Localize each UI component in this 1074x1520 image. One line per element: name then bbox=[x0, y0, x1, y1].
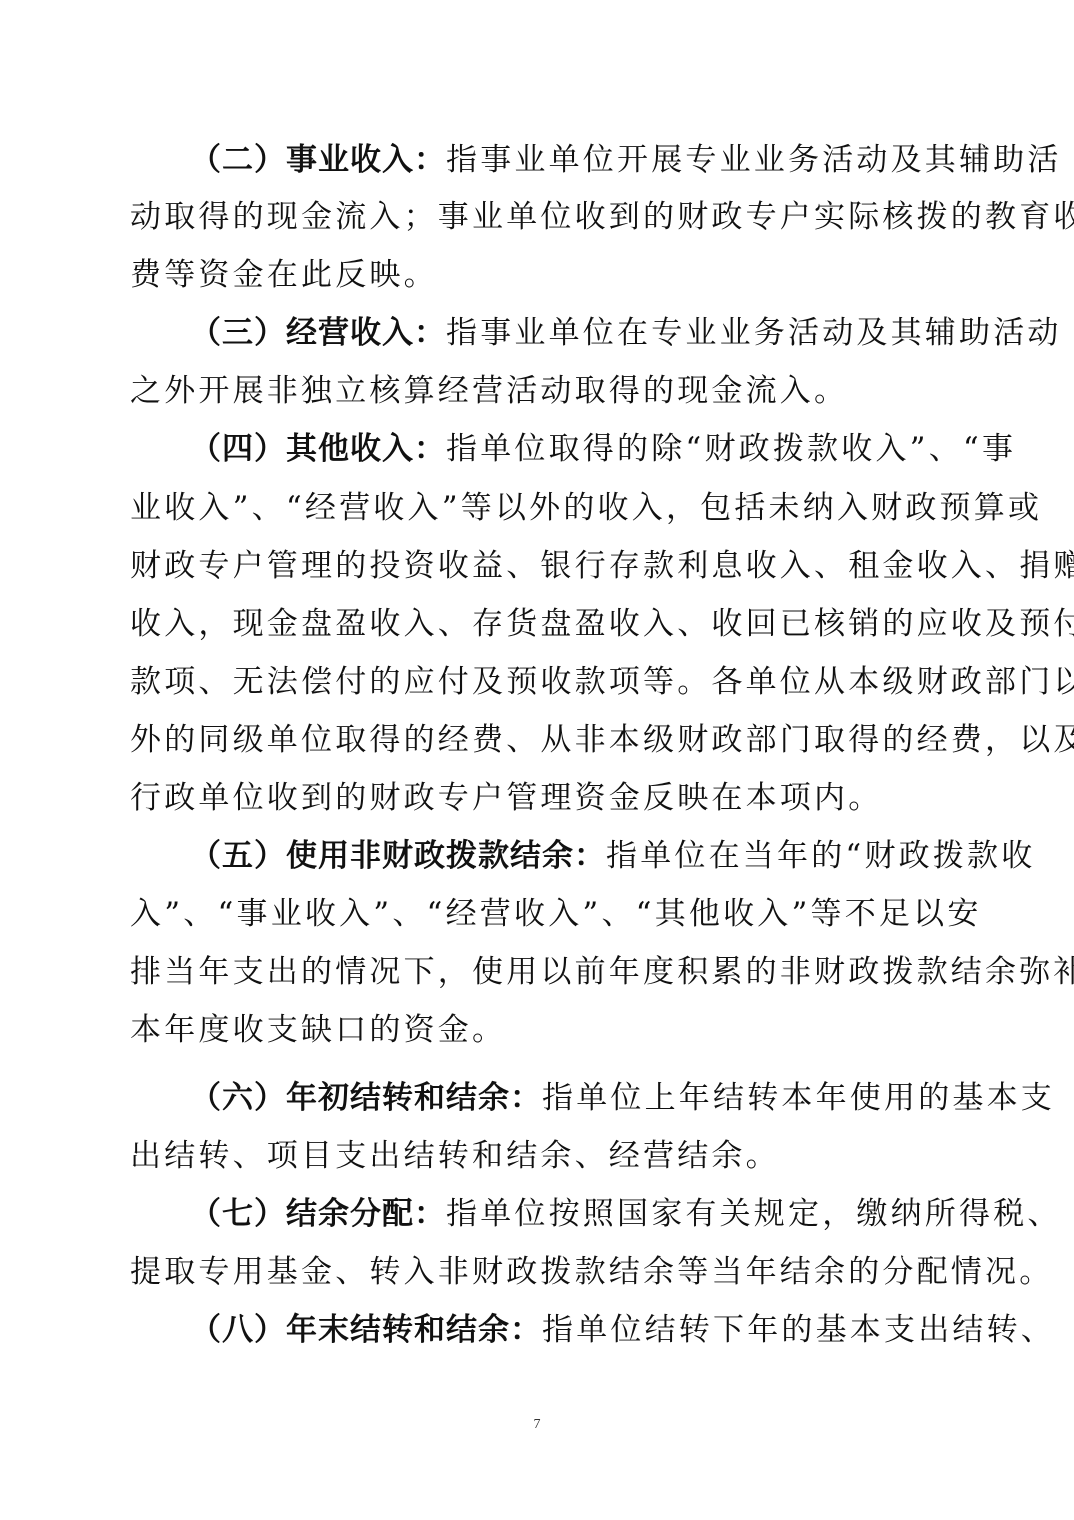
paragraph-2-line-1: （二）事业收入：指事业单位开展专业业务活动及其辅助活 bbox=[190, 140, 930, 180]
paragraph-2-line-2: 动取得的现金流入；事业单位收到的财政专户实际核拨的教育收 bbox=[130, 197, 930, 237]
paragraph-4-line-5: 款项、无法偿付的应付及预收款项等。各单位从本级财政部门以 bbox=[130, 662, 930, 702]
paragraph-4-line-3: 财政专户管理的投资收益、银行存款利息收入、租金收入、捐赠 bbox=[130, 546, 930, 586]
paragraph-3-line-1: （三）经营收入：指事业单位在专业业务活动及其辅助活动 bbox=[190, 313, 930, 353]
heading-business-income: （二）事业收入： bbox=[190, 142, 446, 178]
paragraph-6-line-2: 出结转、项目支出结转和结余、经营结余。 bbox=[130, 1136, 930, 1176]
paragraph-4-line-1: （四）其他收入：指单位取得的除“财政拨款收入”、“事 bbox=[190, 429, 930, 469]
paragraph-4-line-7: 行政单位收到的财政专户管理资金反映在本项内。 bbox=[130, 778, 930, 818]
heading-surplus-distribution: （七）结余分配： bbox=[190, 1196, 446, 1232]
paragraph-7-line-2: 提取专用基金、转入非财政拨款结余等当年结余的分配情况。 bbox=[130, 1252, 930, 1292]
paragraph-5-line-1: （五）使用非财政拨款结余：指单位在当年的“财政拨款收 bbox=[190, 836, 930, 876]
paragraph-4-line-2: 业收入”、“经营收入”等以外的收入，包括未纳入财政预算或 bbox=[130, 488, 930, 528]
heading-other-income: （四）其他收入： bbox=[190, 431, 446, 467]
paragraph-5-line-3: 排当年支出的情况下，使用以前年度积累的非财政拨款结余弥补 bbox=[130, 952, 930, 992]
page-number: 7 bbox=[0, 1417, 1074, 1433]
paragraph-4-line-6: 外的同级单位取得的经费、从非本级财政部门取得的经费，以及 bbox=[130, 720, 930, 760]
paragraph-7-line-1: （七）结余分配：指单位按照国家有关规定，缴纳所得税、 bbox=[190, 1194, 930, 1234]
paragraph-2-line-3: 费等资金在此反映。 bbox=[130, 255, 930, 295]
heading-closing-balance: （八）年末结转和结余： bbox=[190, 1312, 542, 1348]
paragraph-3-line-2: 之外开展非独立核算经营活动取得的现金流入。 bbox=[130, 371, 930, 411]
paragraph-5-line-2: 入”、“事业收入”、“经营收入”、“其他收入”等不足以安 bbox=[130, 894, 930, 934]
paragraph-5-line-4: 本年度收支缺口的资金。 bbox=[130, 1010, 930, 1050]
heading-opening-balance: （六）年初结转和结余： bbox=[190, 1080, 542, 1116]
paragraph-4-line-4: 收入，现金盘盈收入、存货盘盈收入、收回已核销的应收及预付 bbox=[130, 604, 930, 644]
heading-operating-income: （三）经营收入： bbox=[190, 315, 446, 351]
paragraph-8-line-1: （八）年末结转和结余：指单位结转下年的基本支出结转、 bbox=[190, 1310, 930, 1350]
paragraph-6-line-1: （六）年初结转和结余：指单位上年结转本年使用的基本支 bbox=[190, 1078, 930, 1118]
heading-non-fiscal-balance: （五）使用非财政拨款结余： bbox=[190, 838, 606, 874]
